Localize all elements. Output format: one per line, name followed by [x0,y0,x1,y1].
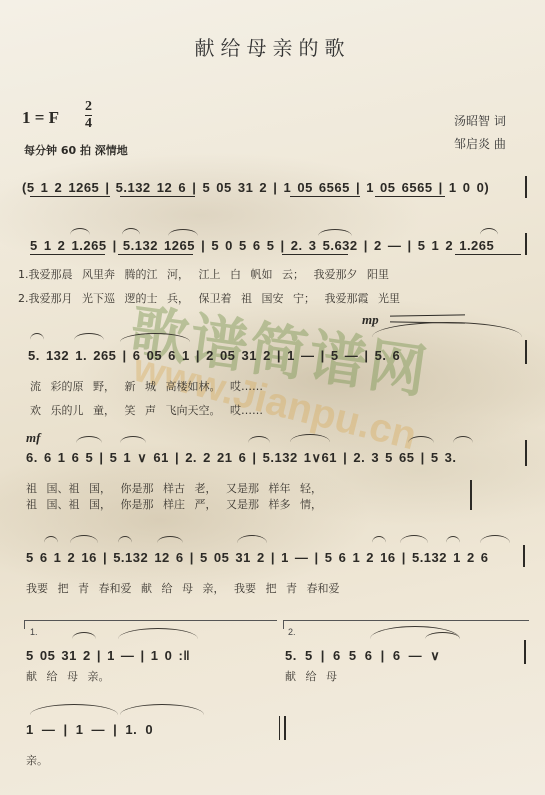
notation-line: (5 1 2 1265 | 5.132 12 6 | 5 05 31 2 | 1… [22,180,489,195]
lyrics-verse-2: 祖 国、祖 国， 你是那 样庄 严， 又是那 样多 情， [26,496,322,512]
slur [30,333,44,340]
volta-label-2: 2. [288,627,296,637]
notation-line: 1 — | 1 — | 1. 0 [26,722,153,737]
slur [446,536,460,543]
lyrics-ending-1: 献 给 母 亲。 [26,668,110,684]
slur [480,228,498,235]
barline [525,176,527,198]
lyrics-verse-2: 欢 乐的儿 童， 笑 声 飞向天空。 哎…… [30,402,263,418]
beam [375,196,445,197]
beam [30,196,110,197]
slur [157,536,183,543]
beam [455,254,521,255]
lyrics-verse-1: 祖 国、祖 国， 你是那 样古 老， 又是那 样年 轻， [26,480,322,496]
notation-line-ending-1: 5 05 31 2 | 1 — | 1 0 :‖ [26,648,190,663]
slur [168,229,198,236]
verse-bracket [470,480,472,510]
barline [525,440,527,466]
dynamic-mf: mf [26,430,40,446]
time-signature: 2 4 [85,100,92,131]
notation-line-ending-2: 5. 5 | 6 5 6 | 6 — ∨ [285,648,440,664]
slur [44,536,58,543]
song-title: 献给母亲的歌 [0,32,545,61]
slur [122,228,140,235]
composer-credit: 邹启炎 曲 [454,135,506,152]
lyrics-verse-1: 1.我爱那晨 风里奔 腾的江 河， 江上 白 帆如 云； 我爱那夕 阳里 [18,266,389,282]
lyrics-verse-1: 流 彩的原 野， 新 城 高楼如林。 哎…… [30,378,263,394]
slur [120,436,146,443]
slur [118,536,132,543]
lyrics-ending-2: 献 给 母 [285,668,337,684]
notation-line: 5. 132 1. 265 | 6 05 6 1 | 2 05 31 2 | 1… [28,348,400,363]
time-sig-top: 2 [85,100,92,114]
beam [120,196,195,197]
final-barline [279,716,286,740]
notation-line: 5 1 2 1.265 | 5.132 1265 | 5 0 5 6 5 | 2… [30,238,494,253]
lyrics-verse-1: 我要 把 青 春和爱 献 给 母 亲， 我要 把 青 春和爱 [26,580,339,596]
beam [282,254,348,255]
slur [318,229,352,236]
slur [72,632,96,639]
barline [525,340,527,364]
barline [523,545,525,567]
slur [70,228,90,235]
time-sig-bottom: 4 [85,117,92,131]
notation-line: 6. 6 1 6 5 | 5 1 ∨ 61 | 2. 2 21 6 | 5.13… [26,450,457,466]
barline [524,640,526,664]
barline [525,233,527,255]
beam [290,196,360,197]
slur [248,436,270,443]
slur [372,536,386,543]
beam [30,254,105,255]
volta-label-1: 1. [30,627,38,637]
lyrics-verse-2: 2.我爱那月 光下巡 逻的士 兵， 保卫着 祖 国安 宁； 我爱那霞 光里 [18,290,400,306]
slur [453,436,473,443]
slur [408,436,434,443]
dynamic-mp: mp [362,312,379,328]
lyricist-credit: 汤昭智 词 [454,112,506,129]
key-signature: 1 = F [22,108,59,128]
beam [118,254,193,255]
notation-line: 5 6 1 2 16 | 5.132 12 6 | 5 05 31 2 | 1 … [26,550,489,565]
slur [76,436,102,443]
tempo-marking: 每分钟 60 拍 深情地 [24,142,128,158]
lyrics-final: 亲。 [26,752,48,768]
slur [425,632,460,639]
slur [74,333,104,340]
